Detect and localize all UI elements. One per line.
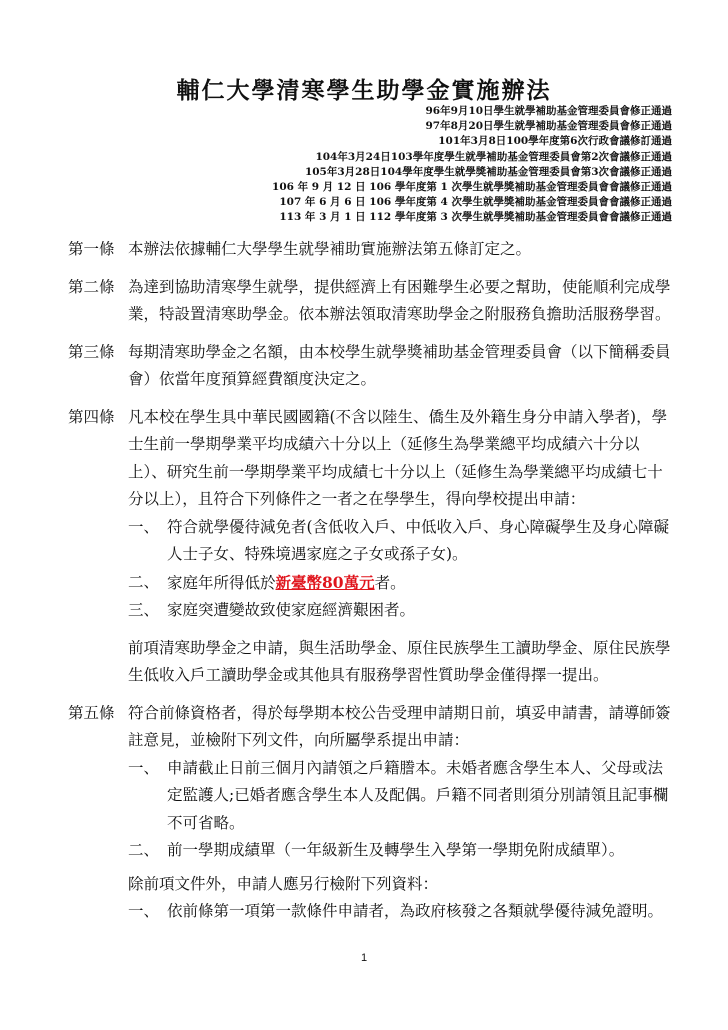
- income-threshold-highlight: 新臺幣80萬元: [276, 573, 375, 592]
- item-number: 三、: [128, 597, 167, 625]
- article-label: 第二條: [68, 274, 128, 329]
- article-label: 第三條: [68, 339, 128, 394]
- article-text: 為達到協助清寒學生就學，提供經濟上有困難學生必要之幫助，使能順利完成學業，特設置…: [128, 274, 678, 329]
- item-text: 依前條第一項第一款條件申請者，為政府核發之各類就學優待減免證明。: [167, 898, 678, 926]
- item-text: 家庭年所得低於: [167, 574, 276, 592]
- history-line: 101年3月8日100學年度第6次行政會議修訂通過: [192, 134, 672, 149]
- item-text: 前一學期成績單（一年級新生及轉學生入學第一學期免附成績單）。: [167, 837, 678, 865]
- history-line: 96年9月10日學生就學補助基金管理委員會修正通過: [192, 104, 672, 119]
- article-5: 第五條 符合前條資格者，得於每學期本校公告受理申請期日前，填妥申請書，請導師簽註…: [68, 700, 678, 926]
- article-text: 每期清寒助學金之名額，由本校學生就學獎補助基金管理委員會（以下簡稱委員會）依當年…: [128, 339, 678, 394]
- history-line: 107 年 6 月 6 日 106 學年度第 4 次學生就學獎補助基金管理委員會…: [192, 195, 672, 210]
- history-line: 105年3月28日104學年度學生就學獎補助基金管理委員會第3次會議修正通過: [192, 165, 672, 180]
- item-text: 申請截止日前三個月內請領之戶籍謄本。未婚者應含學生本人、父母或法定監護人;已婚者…: [167, 755, 678, 838]
- list-item: 二、 前一學期成績單（一年級新生及轉學生入學第一學期免附成績單）。: [128, 837, 678, 865]
- item-text: 者。: [375, 574, 406, 592]
- article-3: 第三條 每期清寒助學金之名額，由本校學生就學獎補助基金管理委員會（以下簡稱委員會…: [68, 339, 678, 394]
- list-item: 二、 家庭年所得低於新臺幣80萬元者。: [128, 569, 678, 598]
- document-body: 第一條 本辦法依據輔仁大學學生就學補助實施辦法第五條訂定之。 第二條 為達到協助…: [68, 236, 678, 936]
- list-item: 一、 依前條第一項第一款條件申請者，為政府核發之各類就學優待減免證明。: [128, 898, 678, 926]
- article-paragraph: 前項清寒助學金之申請，與生活助學金、原住民族學生工讀助學金、原住民族學生低收入戶…: [128, 635, 678, 690]
- history-line: 97年8月20日學生就學補助基金管理委員會修正通過: [192, 119, 672, 134]
- article-label: 第五條: [68, 700, 128, 926]
- article-4: 第四條 凡本校在學生具中華民國國籍(不含以陸生、僑生及外籍生身分申請入學者)，學…: [68, 404, 678, 690]
- item-text: 符合就學優待減免者(含低收入戶、中低收入戶、身心障礙學生及身心障礙人士子女、特殊…: [167, 514, 678, 569]
- item-number: 一、: [128, 755, 167, 838]
- article-2: 第二條 為達到協助清寒學生就學，提供經濟上有困難學生必要之幫助，使能順利完成學業…: [68, 274, 678, 329]
- list-item: 一、 符合就學優待減免者(含低收入戶、中低收入戶、身心障礙學生及身心障礙人士子女…: [128, 514, 678, 569]
- article-label: 第一條: [68, 236, 128, 264]
- article-1: 第一條 本辦法依據輔仁大學學生就學補助實施辦法第五條訂定之。: [68, 236, 678, 264]
- article-label: 第四條: [68, 404, 128, 690]
- amendment-history: 96年9月10日學生就學補助基金管理委員會修正通過 97年8月20日學生就學補助…: [192, 104, 672, 226]
- article-paragraph: 除前項文件外，申請人應另行檢附下列資料：: [128, 871, 678, 899]
- document-title: 輔仁大學清寒學生助學金實施辦法: [0, 72, 728, 105]
- article-text: 凡本校在學生具中華民國國籍(不含以陸生、僑生及外籍生身分申請入學者)，學士生前一…: [128, 404, 678, 514]
- item-number: 一、: [128, 514, 167, 569]
- history-line: 113 年 3 月 1 日 112 學年度第 3 次學生就學獎補助基金管理委員會…: [192, 210, 672, 225]
- list-item: 三、 家庭突遭變故致使家庭經濟艱困者。: [128, 597, 678, 625]
- history-line: 106 年 9 月 12 日 106 學年度第 1 次學生就學獎補助基金管理委員…: [192, 180, 672, 195]
- article-text: 本辦法依據輔仁大學學生就學補助實施辦法第五條訂定之。: [128, 236, 678, 264]
- item-number: 二、: [128, 837, 167, 865]
- item-number: 一、: [128, 898, 167, 926]
- history-line: 104年3月24日103學年度學生就學補助基金管理委員會第2次會議修正通過: [192, 150, 672, 165]
- list-item: 一、 申請截止日前三個月內請領之戶籍謄本。未婚者應含學生本人、父母或法定監護人;…: [128, 755, 678, 838]
- document-page: 輔仁大學清寒學生助學金實施辦法 96年9月10日學生就學補助基金管理委員會修正通…: [0, 0, 728, 1030]
- item-number: 二、: [128, 569, 167, 598]
- page-number: 1: [0, 952, 728, 964]
- article-text: 符合前條資格者，得於每學期本校公告受理申請期日前，填妥申請書，請導師簽註意見，並…: [128, 700, 678, 755]
- item-text: 家庭突遭變故致使家庭經濟艱困者。: [167, 597, 678, 625]
